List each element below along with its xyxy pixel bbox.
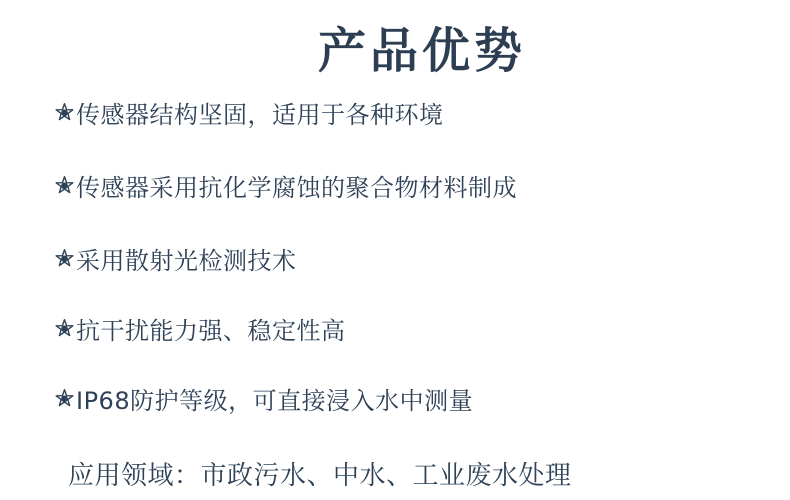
- bullet-item: IP68防护等级，可直接浸入水中测量: [54, 381, 473, 416]
- star-bullet-icon: [54, 174, 75, 197]
- bullet-text: 传感器结构坚固，适用于各种环境: [76, 95, 444, 130]
- bullet-text: 抗干扰能力强、稳定性高: [76, 311, 346, 346]
- star-bullet-icon: [54, 247, 75, 270]
- bullet-item: 传感器采用抗化学腐蚀的聚合物材料制成: [54, 168, 517, 203]
- star-bullet-icon: [54, 387, 75, 410]
- star-bullet-icon: [54, 317, 75, 340]
- product-advantages-page: 产品优势 传感器结构坚固，适用于各种环境 传感器采用抗化学腐蚀的聚合物材料制成 …: [0, 0, 790, 500]
- bullet-item: 抗干扰能力强、稳定性高: [54, 311, 346, 346]
- bullet-text: 传感器采用抗化学腐蚀的聚合物材料制成: [76, 168, 517, 203]
- application-domains-line: 应用领域：市政污水、中水、工业废水处理: [68, 455, 572, 492]
- bullet-text: IP68防护等级，可直接浸入水中测量: [76, 381, 473, 416]
- page-title: 产品优势: [0, 12, 790, 81]
- star-bullet-icon: [54, 101, 75, 124]
- bullet-item: 传感器结构坚固，适用于各种环境: [54, 95, 444, 130]
- bullet-item: 采用散射光检测技术: [54, 241, 297, 276]
- bullet-text: 采用散射光检测技术: [76, 241, 297, 276]
